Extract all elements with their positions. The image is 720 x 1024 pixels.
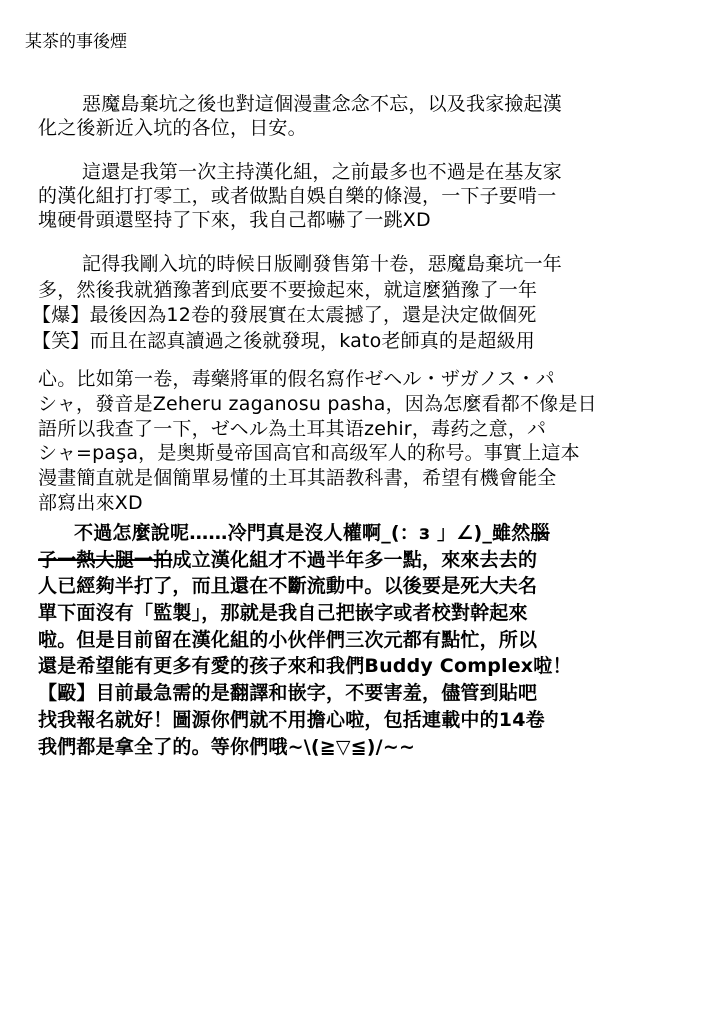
text-line: 人已經夠半打了，而且還在不斷流動中。以後要是死大夫名: [38, 573, 638, 600]
paragraph-turkish-names: 心。比如第一卷，毒藥將軍的假名寫作ゼヘル・ザガノス・パ シャ，發音是Zeheru…: [38, 367, 638, 516]
text-segment: 不過怎麼說呢……冷門真是沒人權啊_(：з 」∠)_雖然: [74, 522, 530, 544]
text-line: 這還是我第一次主持漢化組，之前最多也不過是在基友家: [38, 160, 638, 184]
text-line: 記得我剛入坑的時候日版剛發售第十卷，惡魔島棄坑一年: [38, 252, 638, 278]
text-line: 【爆】最後因為12卷的發展實在太震撼了，還是決定做個死: [32, 303, 638, 329]
text-line: 子一熱大腿一拍成立漢化組才不過半年多一點，來來去去的: [38, 547, 638, 574]
text-line: 找我報名就好！圖源你們就不用擔心啦，包括連載中的14卷: [38, 707, 638, 734]
paragraph-first-time: 這還是我第一次主持漢化組，之前最多也不過是在基友家 的漢化組打打零工，或者做點自…: [38, 160, 638, 232]
struck-text: 腦: [530, 522, 549, 544]
text-line: シャ=paşa，是奥斯曼帝国高官和高级军人的称号。事實上這本: [38, 441, 638, 466]
paragraph-recruitment: 不過怎麼說呢……冷門真是沒人權啊_(：з 」∠)_雖然腦 子一熱大腿一拍成立漢化…: [38, 520, 638, 760]
text-line: 塊硬骨頭還堅持了下來，我自己都嚇了一跳XD: [38, 208, 638, 232]
text-line: 我們都是拿全了的。等你們哦~\(≧▽≦)/~~: [38, 734, 638, 761]
text-line: 啦。但是目前留在漢化組的小伙伴們三次元都有點忙，所以: [38, 627, 638, 654]
struck-text: 子一熱大腿一拍: [38, 549, 172, 571]
text-line: 單下面沒有「監製」，那就是我自己把嵌字或者校對幹起來: [38, 600, 638, 627]
text-line: 漫畫簡直就是個簡單易懂的土耳其語教科書，希望有機會能全: [38, 466, 638, 491]
text-line: 心。比如第一卷，毒藥將軍的假名寫作ゼヘル・ザガノス・パ: [38, 367, 638, 392]
text-line: 惡魔島棄坑之後也對這個漫畫念念不忘，以及我家撿起漢: [38, 92, 638, 116]
text-line: 【笑】而且在認真讀過之後就發現，kato老師真的是超級用: [32, 329, 638, 355]
text-line: 的漢化組打打零工，或者做點自娛自樂的條漫，一下子要啃一: [38, 184, 638, 208]
text-line: 【毆】目前最急需的是翻譯和嵌字，不要害羞，儘管到貼吧: [38, 680, 638, 707]
text-line: 部寫出來XD: [38, 491, 638, 516]
text-line: 多，然後我就猶豫著到底要不要撿起來，就這麼猶豫了一年: [38, 278, 638, 304]
document-title: 某茶的事後煙: [25, 31, 127, 53]
text-line: 化之後新近入坑的各位，日安。: [38, 116, 638, 140]
text-line: シャ，發音是Zeheru zaganosu pasha，因為怎麼看都不像是日: [38, 392, 638, 417]
text-line: 不過怎麼說呢……冷門真是沒人權啊_(：з 」∠)_雖然腦: [38, 520, 638, 547]
paragraph-greeting: 惡魔島棄坑之後也對這個漫畫念念不忘，以及我家撿起漢 化之後新近入坑的各位，日安。: [38, 92, 638, 140]
text-segment: 成立漢化組才不過半年多一點，來來去去的: [172, 549, 537, 571]
text-line: 語所以我查了一下，ゼヘル為土耳其语zehir，毒药之意，パ: [38, 417, 638, 442]
paragraph-history: 記得我剛入坑的時候日版剛發售第十卷，惡魔島棄坑一年 多，然後我就猶豫著到底要不要…: [38, 252, 638, 354]
text-line: 還是希望能有更多有愛的孩子來和我們Buddy Complex啦！: [38, 653, 638, 680]
